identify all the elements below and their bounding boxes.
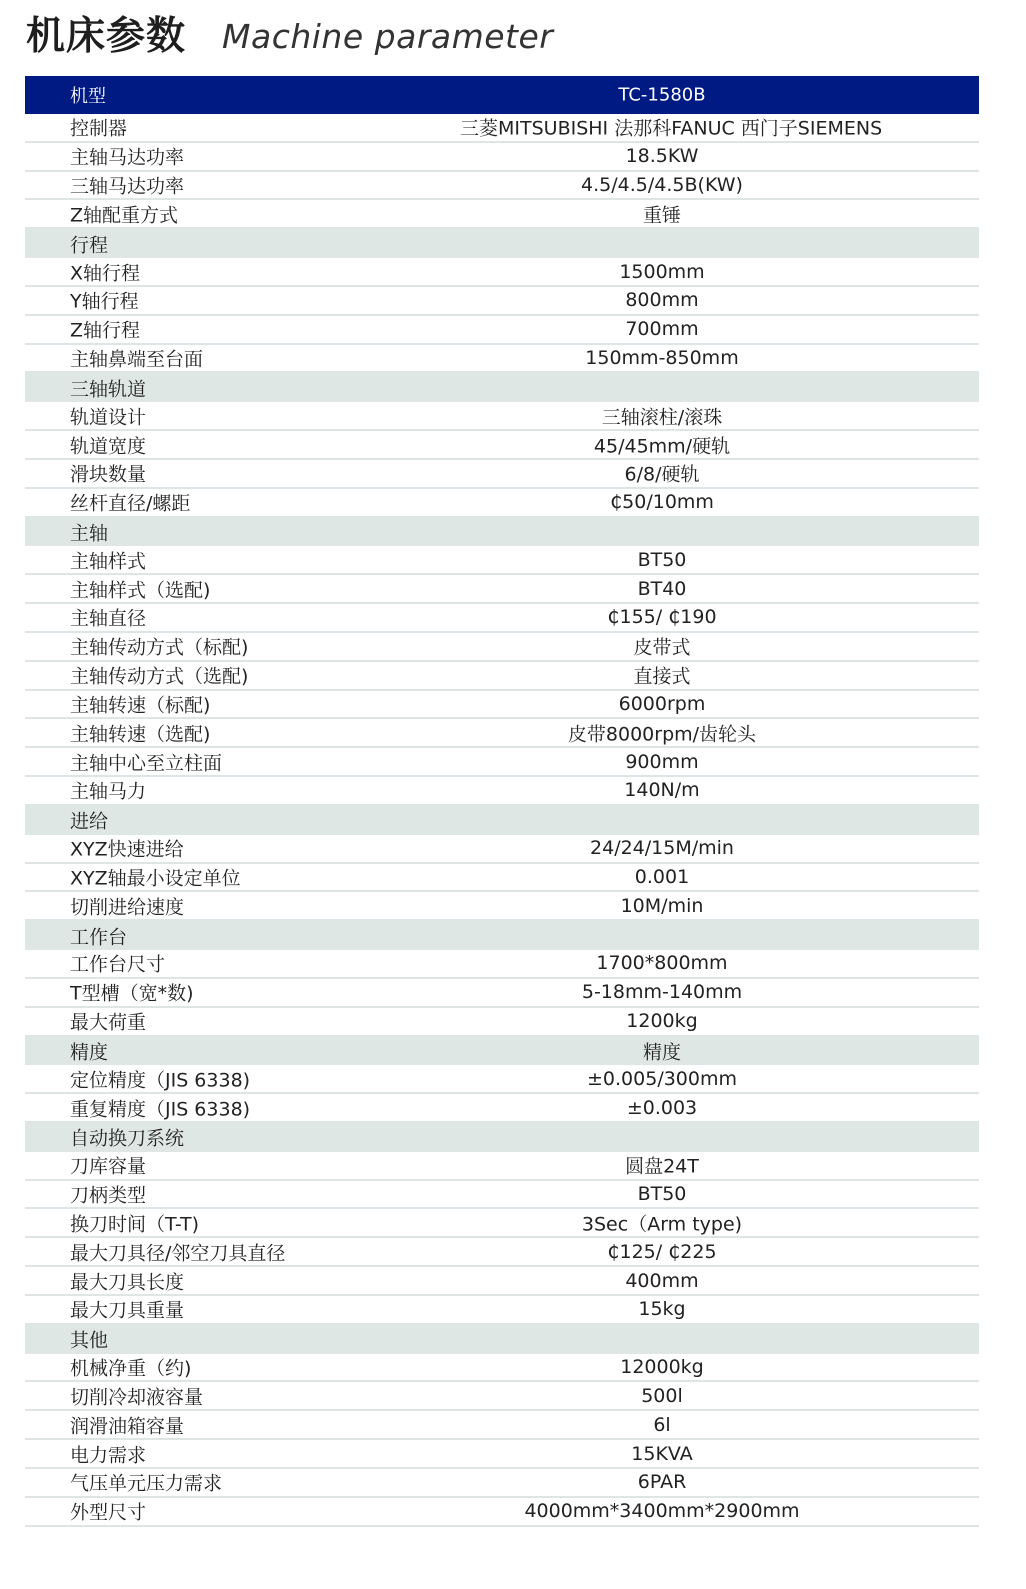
row-value: 140N/m xyxy=(460,779,864,801)
row-label: 主轴传动方式（选配) xyxy=(70,662,248,689)
table-row: 主轴中心至立柱面900mm xyxy=(25,748,979,777)
page-title-cn: 机床参数 xyxy=(26,17,186,56)
table-row: 定位精度（JIS 6338)±0.005/300mm xyxy=(25,1065,979,1094)
row-label: 其他 xyxy=(70,1326,108,1353)
table-row: 重复精度（JIS 6338)±0.003 xyxy=(25,1094,979,1123)
table-row: 主轴马力140N/m xyxy=(25,777,979,806)
row-value: 500l xyxy=(460,1385,864,1407)
row-value: 3Sec（Arm type) xyxy=(460,1209,864,1236)
table-row: 工作台尺寸1700*800mm xyxy=(25,950,979,979)
header-label: 机型 xyxy=(70,82,106,108)
row-value: 5-18mm-140mm xyxy=(460,981,864,1003)
table-row: 主轴直径₵155/ ₵190 xyxy=(25,604,979,633)
table-row: 主轴传动方式（选配)直接式 xyxy=(25,662,979,691)
row-value: BT50 xyxy=(460,549,864,571)
table-row: 机械净重（约)12000kg xyxy=(25,1354,979,1383)
row-label: 换刀时间（T-T) xyxy=(70,1209,199,1236)
row-label: 工作台尺寸 xyxy=(70,950,165,977)
row-label: 主轴 xyxy=(70,519,108,546)
row-value: 圆盘24T xyxy=(460,1152,864,1179)
row-value: 1200kg xyxy=(460,1010,864,1032)
table-body: 控制器三菱MITSUBISHI 法那科FANUC 西门子SIEMENS主轴马达功… xyxy=(25,114,979,1527)
section-header-row: 主轴 xyxy=(25,518,979,547)
row-value: BT40 xyxy=(460,578,864,600)
row-label: 三轴轨道 xyxy=(70,374,146,401)
table-row: Z轴配重方式重锤 xyxy=(25,200,979,229)
row-label: 切削冷却液容量 xyxy=(70,1382,203,1409)
row-label: 最大刀具长度 xyxy=(70,1267,184,1294)
row-value: 45/45mm/硬轨 xyxy=(460,431,864,458)
row-value: 1700*800mm xyxy=(460,952,864,974)
row-label: 主轴鼻端至台面 xyxy=(70,345,203,372)
table-row: 电力需求15KVA xyxy=(25,1440,979,1469)
table-row: 切削进给速度10M/min xyxy=(25,892,979,921)
section-header-row: 三轴轨道 xyxy=(25,373,979,402)
table-row: XYZ轴最小设定单位0.001 xyxy=(25,864,979,893)
row-label: 电力需求 xyxy=(70,1440,146,1467)
row-label: 气压单元压力需求 xyxy=(70,1469,222,1496)
row-value: 直接式 xyxy=(460,662,864,689)
table-header-row: 机型 TC-1580B xyxy=(25,76,979,114)
row-label: 进给 xyxy=(70,807,108,834)
row-label: 主轴样式（选配) xyxy=(70,575,210,602)
row-label: 重复精度（JIS 6338) xyxy=(70,1094,250,1121)
row-value: 800mm xyxy=(460,289,864,311)
row-label: 主轴样式 xyxy=(70,546,146,573)
row-value: BT50 xyxy=(460,1183,864,1205)
row-value: ₵50/10mm xyxy=(460,491,864,513)
row-label: 工作台 xyxy=(70,922,127,949)
table-row: 切削冷却液容量500l xyxy=(25,1382,979,1411)
row-value: 6/8/硬轨 xyxy=(460,460,864,487)
row-label: 控制器 xyxy=(70,114,127,141)
row-label: 三轴马达功率 xyxy=(70,172,184,199)
row-value: 三轴滚柱/滚珠 xyxy=(460,402,864,429)
row-label: 润滑油箱容量 xyxy=(70,1411,184,1438)
row-value: 10M/min xyxy=(460,895,864,917)
row-label: 最大荷重 xyxy=(70,1008,146,1035)
row-value: 6l xyxy=(460,1414,864,1436)
row-label: XYZ快速进给 xyxy=(70,835,184,862)
table-row: 主轴转速（选配)皮带8000rpm/齿轮头 xyxy=(25,719,979,748)
section-header-row: 进给 xyxy=(25,806,979,835)
section-header-row: 精度精度 xyxy=(25,1037,979,1066)
row-label: 主轴直径 xyxy=(70,604,146,631)
table-row: 主轴转速（标配)6000rpm xyxy=(25,691,979,720)
row-label: 主轴转速（选配) xyxy=(70,719,210,746)
row-value: ±0.003 xyxy=(460,1097,864,1119)
row-label: 最大刀具径/邻空刀具直径 xyxy=(70,1238,285,1265)
row-value: 6000rpm xyxy=(460,693,864,715)
table-row: Z轴行程700mm xyxy=(25,316,979,345)
row-value: 400mm xyxy=(460,1270,864,1292)
table-row: 丝杆直径/螺距₵50/10mm xyxy=(25,489,979,518)
row-value: 精度 xyxy=(460,1037,864,1064)
row-value: 900mm xyxy=(460,751,864,773)
row-value: 皮带式 xyxy=(460,633,864,660)
row-label: 刀柄类型 xyxy=(70,1181,146,1208)
table-row: 最大刀具重量15kg xyxy=(25,1296,979,1325)
page-title-block: 机床参数 Machine parameter xyxy=(26,8,553,64)
table-row: 主轴马达功率18.5KW xyxy=(25,143,979,172)
row-value: 24/24/15M/min xyxy=(460,837,864,859)
spec-table: 机型 TC-1580B 控制器三菱MITSUBISHI 法那科FANUC 西门子… xyxy=(25,76,979,1527)
table-row: XYZ快速进给24/24/15M/min xyxy=(25,835,979,864)
row-label: 自动换刀系统 xyxy=(70,1124,184,1151)
table-row: 最大刀具径/邻空刀具直径₵125/ ₵225 xyxy=(25,1238,979,1267)
row-value: 4000mm*3400mm*2900mm xyxy=(460,1500,864,1522)
section-header-row: 行程 xyxy=(25,229,979,258)
row-value: 皮带8000rpm/齿轮头 xyxy=(460,719,864,746)
row-label: 主轴转速（标配) xyxy=(70,690,210,717)
table-row: 最大刀具长度400mm xyxy=(25,1267,979,1296)
row-value: 4.5/4.5/4.5B(KW) xyxy=(460,174,864,196)
table-row: 主轴传动方式（标配)皮带式 xyxy=(25,633,979,662)
row-label: 行程 xyxy=(70,230,108,257)
table-row: 轨道宽度45/45mm/硬轨 xyxy=(25,431,979,460)
row-value: 18.5KW xyxy=(460,145,864,167)
row-label: Y轴行程 xyxy=(70,287,139,314)
table-row: 主轴鼻端至台面150mm-850mm xyxy=(25,345,979,374)
row-label: 主轴中心至立柱面 xyxy=(70,748,222,775)
header-model-value: TC-1580B xyxy=(460,85,864,106)
row-value: 150mm-850mm xyxy=(460,347,864,369)
table-row: 刀柄类型BT50 xyxy=(25,1181,979,1210)
table-row: Y轴行程800mm xyxy=(25,287,979,316)
row-label: 滑块数量 xyxy=(70,460,146,487)
section-header-row: 自动换刀系统 xyxy=(25,1123,979,1152)
row-label: 主轴马达功率 xyxy=(70,143,184,170)
table-row: 滑块数量6/8/硬轨 xyxy=(25,460,979,489)
row-label: 轨道设计 xyxy=(70,402,146,429)
table-row: 气压单元压力需求6PAR xyxy=(25,1469,979,1498)
row-value: ₵125/ ₵225 xyxy=(460,1241,864,1263)
row-label: XYZ轴最小设定单位 xyxy=(70,863,241,890)
row-label: 机械净重（约) xyxy=(70,1354,191,1381)
row-value: 15KVA xyxy=(460,1443,864,1465)
row-value: ±0.005/300mm xyxy=(460,1068,864,1090)
row-value: 6PAR xyxy=(460,1471,864,1493)
table-row: 主轴样式BT50 xyxy=(25,546,979,575)
row-label: X轴行程 xyxy=(70,258,140,285)
table-row: 轨道设计三轴滚柱/滚珠 xyxy=(25,402,979,431)
table-row: 外型尺寸4000mm*3400mm*2900mm xyxy=(25,1498,979,1527)
row-label: 丝杆直径/螺距 xyxy=(70,489,190,516)
table-row: 三轴马达功率4.5/4.5/4.5B(KW) xyxy=(25,172,979,201)
row-label: 主轴马力 xyxy=(70,777,146,804)
row-label: 刀库容量 xyxy=(70,1152,146,1179)
section-header-row: 其他 xyxy=(25,1325,979,1354)
row-value: 12000kg xyxy=(460,1356,864,1378)
row-label: Z轴行程 xyxy=(70,316,140,343)
row-label: 精度 xyxy=(70,1037,108,1064)
row-value: 15kg xyxy=(460,1298,864,1320)
row-label: T型槽（宽*数) xyxy=(70,979,194,1006)
table-row: 润滑油箱容量6l xyxy=(25,1411,979,1440)
row-label: 轨道宽度 xyxy=(70,431,146,458)
table-row: 控制器三菱MITSUBISHI 法那科FANUC 西门子SIEMENS xyxy=(25,114,979,143)
row-label: 切削进给速度 xyxy=(70,892,184,919)
section-header-row: 工作台 xyxy=(25,921,979,950)
row-label: Z轴配重方式 xyxy=(70,200,178,227)
row-label: 外型尺寸 xyxy=(70,1498,146,1525)
table-row: 主轴样式（选配)BT40 xyxy=(25,575,979,604)
table-row: 换刀时间（T-T)3Sec（Arm type) xyxy=(25,1209,979,1238)
row-value: 重锤 xyxy=(460,200,864,227)
row-label: 定位精度（JIS 6338) xyxy=(70,1065,250,1092)
table-row: 刀库容量圆盘24T xyxy=(25,1152,979,1181)
row-value: 0.001 xyxy=(460,866,864,888)
row-value: 700mm xyxy=(460,318,864,340)
row-label: 主轴传动方式（标配) xyxy=(70,633,248,660)
row-value: 1500mm xyxy=(460,261,864,283)
row-label: 最大刀具重量 xyxy=(70,1296,184,1323)
row-value: 三菱MITSUBISHI 法那科FANUC 西门子SIEMENS xyxy=(460,114,864,141)
row-value: ₵155/ ₵190 xyxy=(460,606,864,628)
table-row: 最大荷重1200kg xyxy=(25,1008,979,1037)
page-title-en: Machine parameter xyxy=(222,20,553,53)
table-row: T型槽（宽*数)5-18mm-140mm xyxy=(25,979,979,1008)
table-row: X轴行程1500mm xyxy=(25,258,979,287)
